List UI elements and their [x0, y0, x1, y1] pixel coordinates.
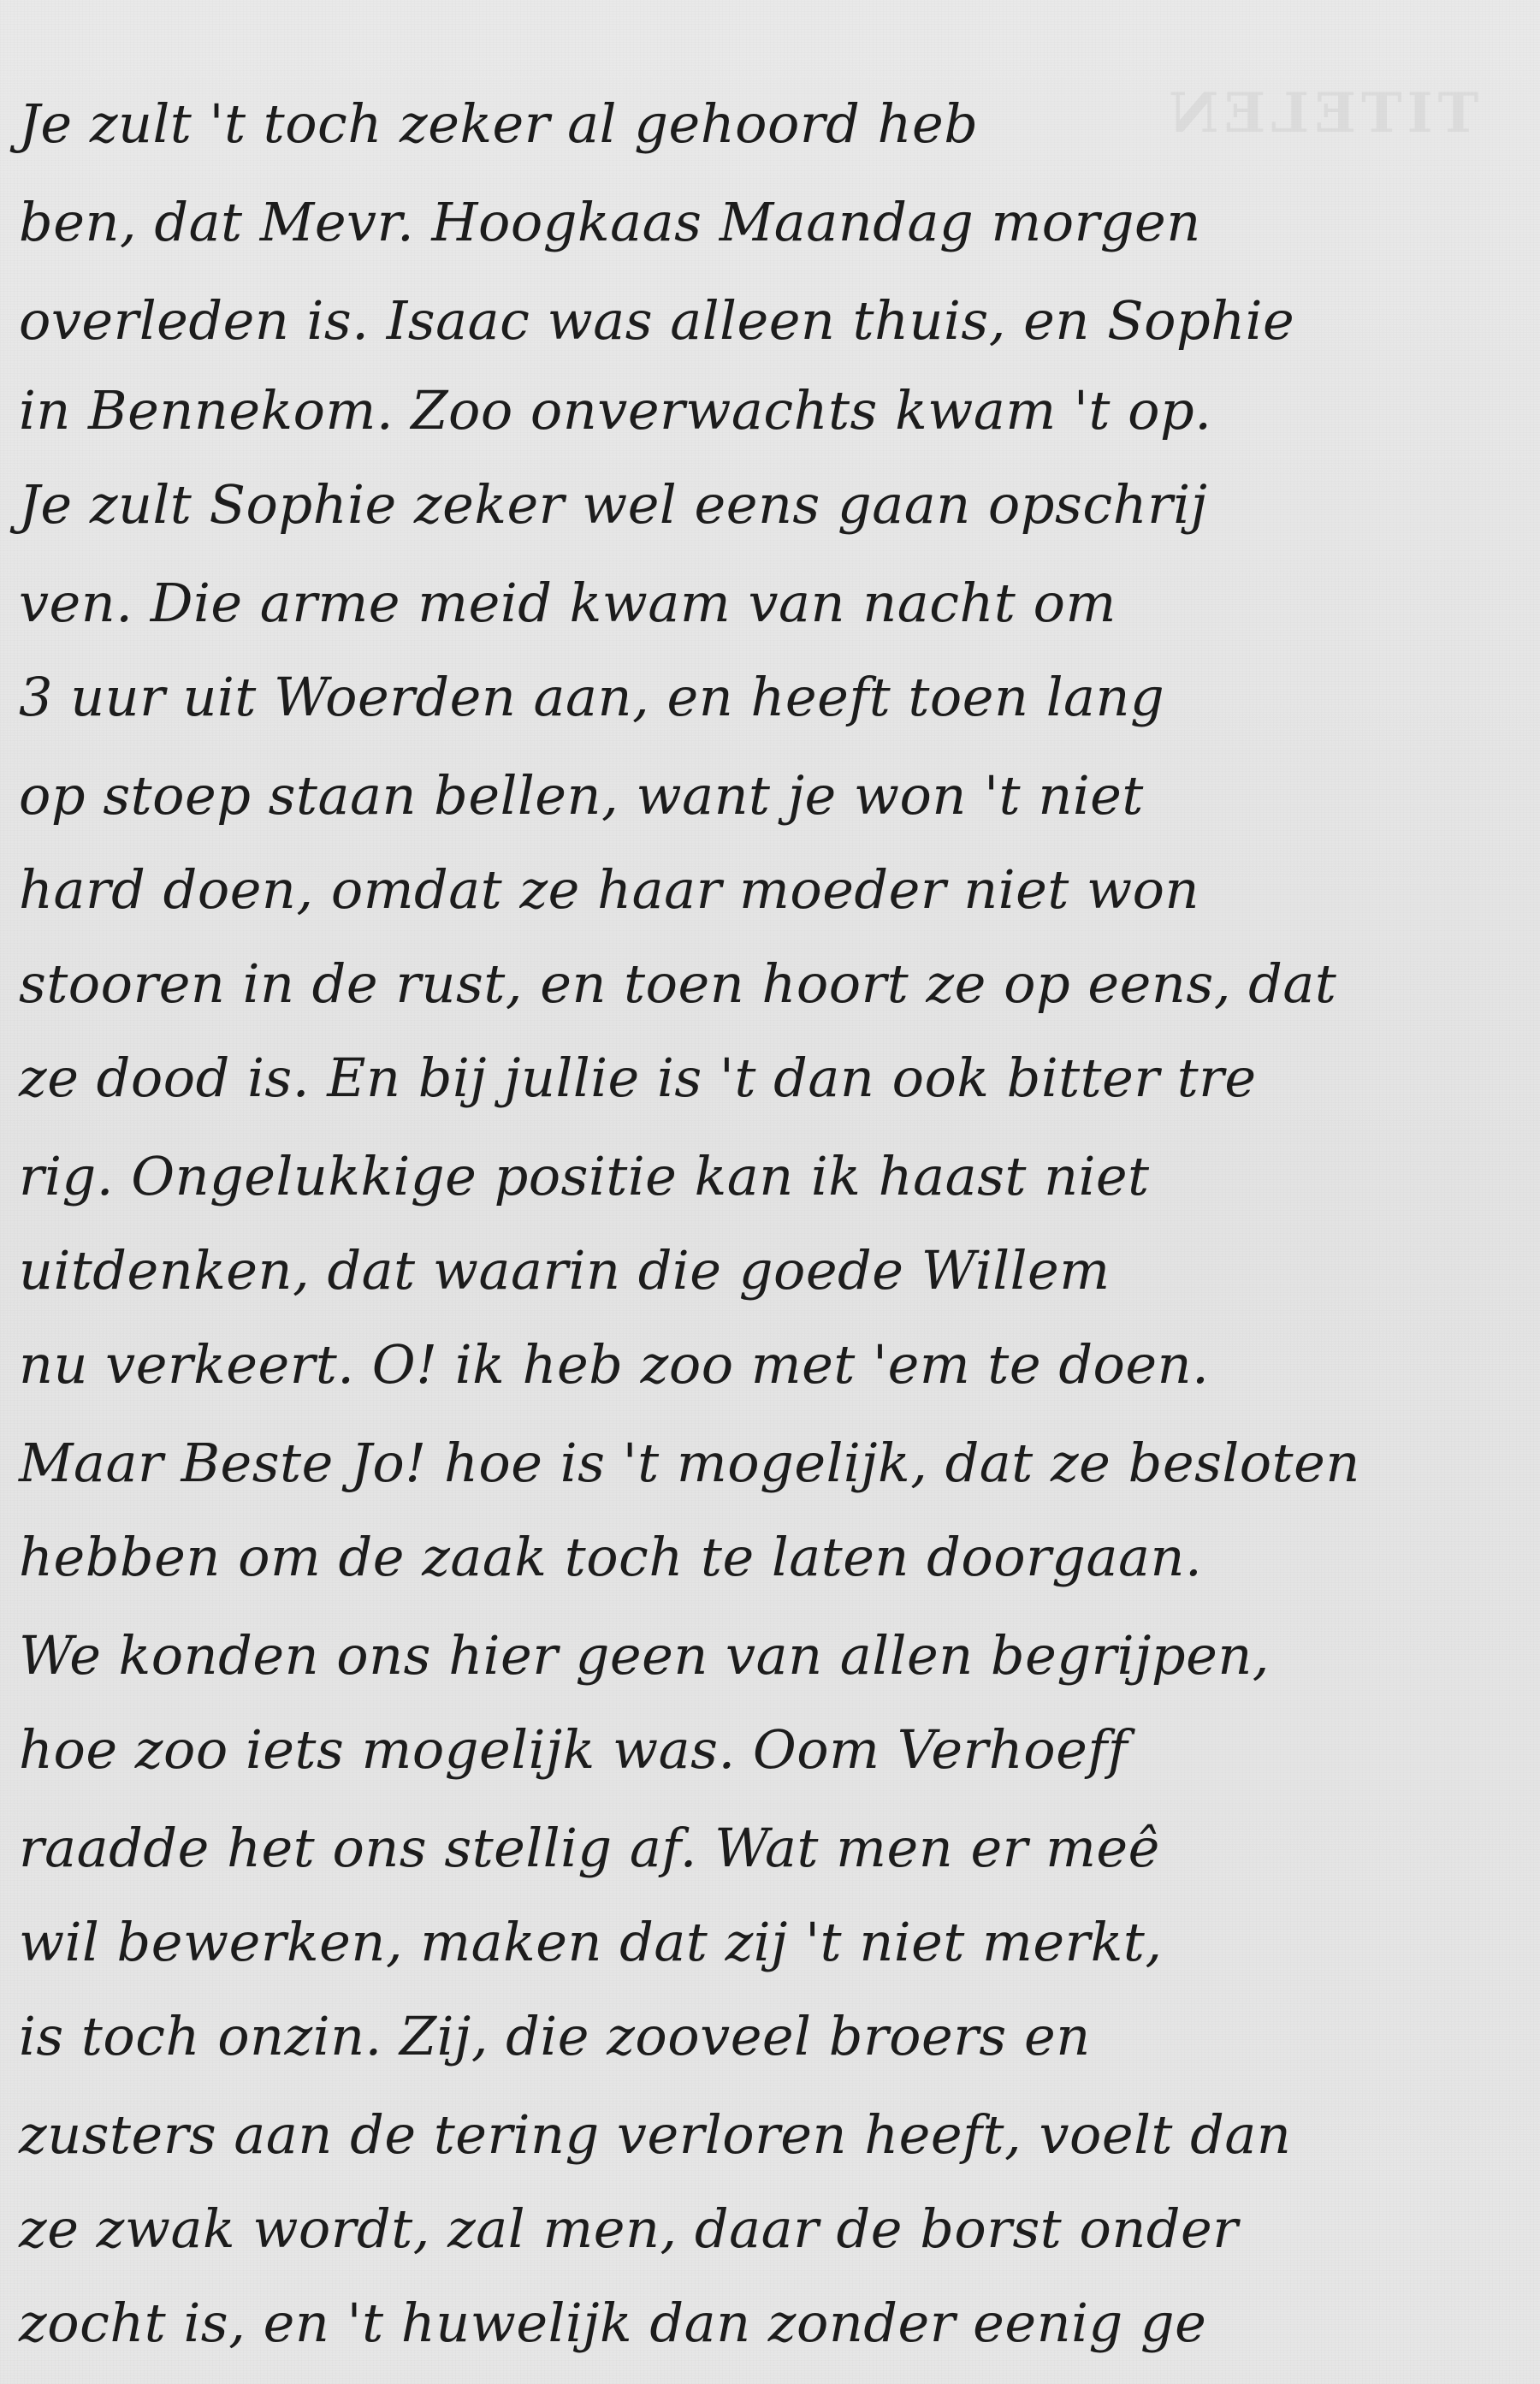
handwritten-letter: Je zult 't toch zeker al gehoord heb ben…: [0, 0, 1540, 2384]
letter-line-24: zocht is, en 't huwelijk dan zonder eeni…: [19, 2259, 1533, 2384]
